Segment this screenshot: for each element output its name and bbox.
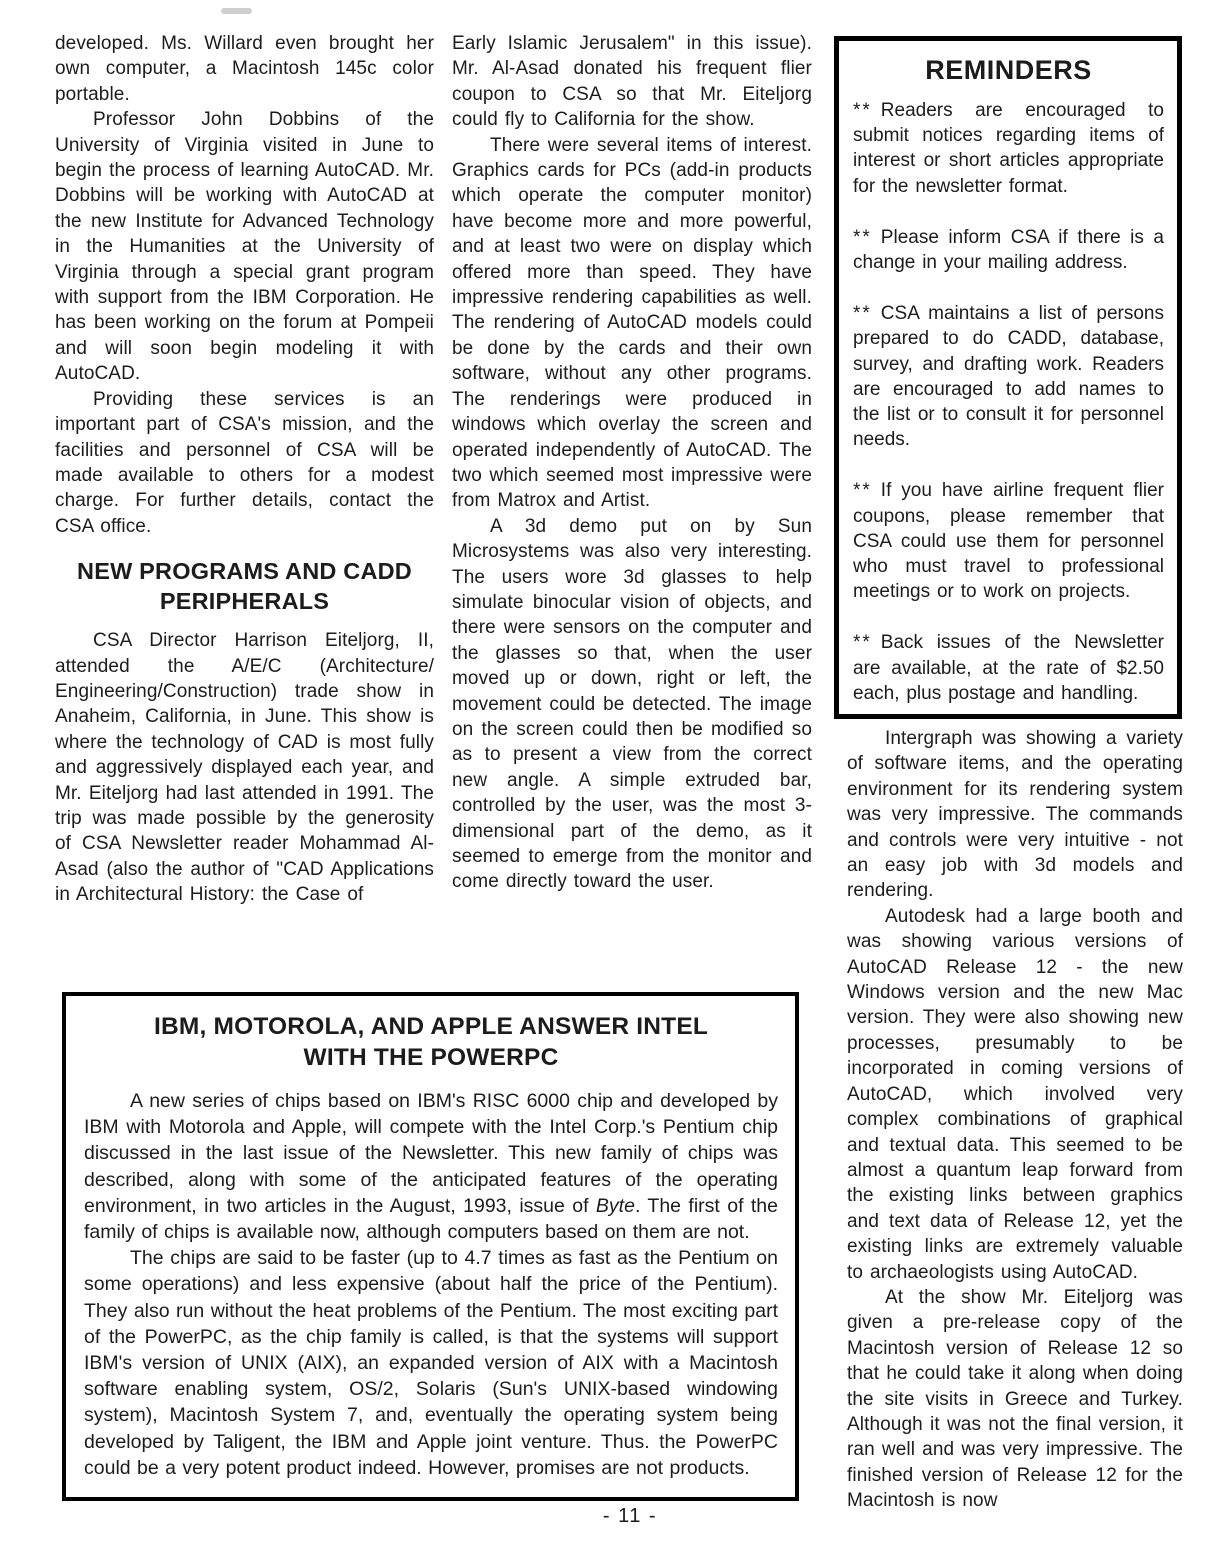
byte-magazine-italic: Byte xyxy=(596,1195,635,1217)
powerpc-title: IBM, MOTOROLA, AND APPLE ANSWER INTEL WI… xyxy=(84,1011,778,1073)
page-number: - 11 - xyxy=(480,1505,780,1528)
paragraph: Autodesk had a large booth and was showi… xyxy=(847,904,1183,1285)
paragraph: A new series of chips based on IBM's RIS… xyxy=(84,1088,778,1245)
asterisk-bullet: ** xyxy=(853,303,872,324)
paragraph: There were several items of interest. Gr… xyxy=(452,133,812,514)
paragraph: Professor John Dobbins of the University… xyxy=(55,107,434,386)
paragraph: Providing these services is an important… xyxy=(55,387,434,539)
reminder-text: Please inform CSA if there is a change i… xyxy=(853,227,1164,273)
reminder-item: **CSA maintains a list of persons prepar… xyxy=(853,301,1164,452)
left-column: developed. Ms. Willard even brought her … xyxy=(55,31,434,908)
paragraph: Intergraph was showing a variety of soft… xyxy=(847,726,1183,904)
paragraph: At the show Mr. Eiteljorg was given a pr… xyxy=(847,1285,1183,1514)
asterisk-bullet: ** xyxy=(853,480,872,501)
scan-artifact xyxy=(221,8,252,14)
reminder-text: Back issues of the Newsletter are availa… xyxy=(853,632,1164,703)
reminders-title: REMINDERS xyxy=(853,55,1164,86)
powerpc-title-line2: WITH THE POWERPC xyxy=(84,1042,778,1073)
asterisk-bullet: ** xyxy=(853,227,872,248)
reminder-text: Readers are encouraged to submit notices… xyxy=(853,100,1164,197)
reminder-item: **If you have airline frequent flier cou… xyxy=(853,478,1164,604)
middle-column: Early Islamic Jerusalem" in this issue).… xyxy=(452,31,812,895)
paragraph: developed. Ms. Willard even brought her … xyxy=(55,31,434,107)
asterisk-bullet: ** xyxy=(853,632,872,653)
paragraph: Early Islamic Jerusalem" in this issue).… xyxy=(452,31,812,133)
reminder-text: If you have airline frequent flier coupo… xyxy=(853,480,1164,602)
reminder-item: **Back issues of the Newsletter are avai… xyxy=(853,630,1164,706)
powerpc-article-box: IBM, MOTOROLA, AND APPLE ANSWER INTEL WI… xyxy=(62,992,799,1501)
reminder-item: **Readers are encouraged to submit notic… xyxy=(853,98,1164,199)
asterisk-bullet: ** xyxy=(853,100,872,121)
paragraph: CSA Director Harrison Eiteljorg, II, att… xyxy=(55,628,434,907)
right-column: Intergraph was showing a variety of soft… xyxy=(847,726,1183,1514)
section-heading-new-programs: NEW PROGRAMS AND CADD PERIPHERALS xyxy=(59,556,430,616)
reminders-box: REMINDERS **Readers are encouraged to su… xyxy=(834,36,1182,719)
paragraph: A 3d demo put on by Sun Microsystems was… xyxy=(452,514,812,895)
powerpc-title-line1: IBM, MOTOROLA, AND APPLE ANSWER INTEL xyxy=(84,1011,778,1042)
reminder-text: CSA maintains a list of persons prepared… xyxy=(853,303,1164,450)
paragraph: The chips are said to be faster (up to 4… xyxy=(84,1245,778,1481)
reminder-item: **Please inform CSA if there is a change… xyxy=(853,225,1164,275)
